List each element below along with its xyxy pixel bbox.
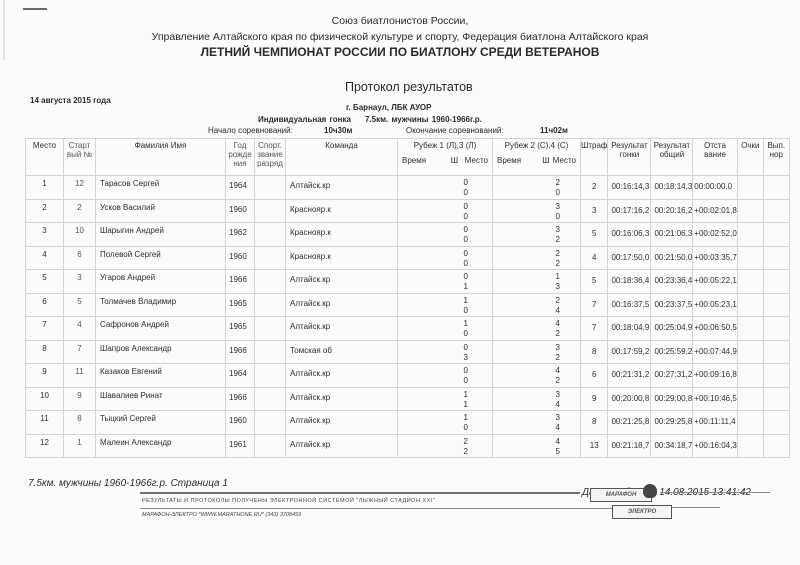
cell-place: 12 bbox=[26, 434, 64, 458]
cell-race-result: 00:21:31,2 bbox=[608, 364, 651, 388]
cell-points bbox=[737, 340, 763, 364]
event-location: г. Барнаул, ЛБК АУОР bbox=[346, 103, 432, 112]
cell-penalty: 7 bbox=[581, 293, 608, 317]
cell-name: Тыцкий Сергей bbox=[96, 411, 226, 435]
cell-birth-year: 1965 bbox=[226, 293, 255, 317]
cell-place: 10 bbox=[26, 387, 64, 411]
col-team: Команда bbox=[286, 139, 398, 176]
cell-fulfilled bbox=[763, 223, 789, 247]
event-title: ЛЕТНИЙ ЧЕМПИОНАТ РОССИИ ПО БИАТЛОНУ СРЕД… bbox=[0, 45, 800, 59]
cell-gap: +00:05:23,1 bbox=[693, 293, 737, 317]
cell-range2-shots: 32 bbox=[493, 340, 581, 364]
shot-count-2: 5 bbox=[493, 447, 560, 457]
cell-total-result: 00:23:36,4 bbox=[651, 270, 693, 294]
shot-count-1: 1 bbox=[398, 296, 468, 306]
cell-range2-shots: 13 bbox=[493, 270, 581, 294]
cell-gap: +00:16:04,3 bbox=[693, 434, 737, 458]
cell-name: Полевой Сергей bbox=[96, 246, 226, 270]
cell-fulfilled bbox=[763, 293, 789, 317]
col-name: Фамилия Имя bbox=[96, 139, 226, 176]
cell-name: Казаков Евгений bbox=[96, 364, 226, 388]
shot-count-1: 1 bbox=[398, 390, 468, 400]
shot-count-2: 2 bbox=[493, 235, 560, 245]
cell-bib: 6 bbox=[64, 246, 96, 270]
cell-team: Алтайск.кр bbox=[286, 364, 398, 388]
organizer-line: Союз биатлонистов России, bbox=[0, 15, 800, 27]
cell-gap: +00:02:01,8 bbox=[693, 199, 737, 223]
shot-count-2: 4 bbox=[493, 423, 560, 433]
cell-range2-shots: 42 bbox=[493, 317, 581, 341]
cell-gap: +00:05:22,1 bbox=[693, 270, 737, 294]
cell-place: 11 bbox=[26, 411, 64, 435]
page-info: 7.5км. мужчины 1960-1966г.р. Страница 1 bbox=[28, 478, 228, 489]
cell-race-result: 00:17:50,0 bbox=[608, 246, 651, 270]
shot-count-1: 2 bbox=[398, 437, 468, 447]
protocol-title: Протокол результатов bbox=[345, 80, 473, 94]
cell-rank bbox=[255, 434, 286, 458]
cell-place: 6 bbox=[26, 293, 64, 317]
cell-race-result: 00:17:16,2 bbox=[608, 199, 651, 223]
cell-total-result: 00:21:06,3 bbox=[651, 223, 693, 247]
cell-penalty: 7 bbox=[581, 317, 608, 341]
cell-team: Краснояр.к bbox=[286, 246, 398, 270]
cell-bib: 7 bbox=[64, 340, 96, 364]
cell-place: 4 bbox=[26, 246, 64, 270]
cell-range1-shots: 10 bbox=[398, 317, 493, 341]
cell-rank bbox=[255, 364, 286, 388]
cell-range2-shots: 32 bbox=[493, 223, 581, 247]
shot-count-2: 4 bbox=[493, 400, 560, 410]
shot-count-1: 3 bbox=[493, 413, 560, 423]
cell-fulfilled bbox=[763, 364, 789, 388]
col-fulfilled: Вып. нор bbox=[763, 139, 789, 176]
table-row: 4 6 Полевой Сергей 1960 Краснояр.к 00 22… bbox=[26, 246, 790, 270]
cell-range1-shots: 00 bbox=[398, 199, 493, 223]
end-time: 11ч02м bbox=[540, 126, 568, 135]
table-row: 8 7 Шапров Александр 1966 Томская об 03 … bbox=[26, 340, 790, 364]
cell-fulfilled bbox=[763, 387, 789, 411]
footer-rule-bottom bbox=[140, 508, 620, 509]
col-place: Место bbox=[26, 139, 64, 176]
shot-count-2: 2 bbox=[398, 447, 468, 457]
cell-total-result: 00:23:37,5 bbox=[651, 293, 693, 317]
shot-count-2: 1 bbox=[398, 400, 468, 410]
shot-count-1: 0 bbox=[398, 366, 468, 376]
cell-range2-shots: 24 bbox=[493, 293, 581, 317]
cell-fulfilled bbox=[763, 176, 789, 200]
shot-count-2: 0 bbox=[398, 329, 468, 339]
cell-penalty: 2 bbox=[581, 176, 608, 200]
shot-count-1: 2 bbox=[493, 178, 560, 188]
cell-range2-shots: 34 bbox=[493, 411, 581, 435]
table-row: 7 4 Сафронов Андрей 1965 Алтайск.кр 10 4… bbox=[26, 317, 790, 341]
range1-time-label: Время bbox=[402, 156, 426, 165]
cell-rank bbox=[255, 317, 286, 341]
cell-rank bbox=[255, 270, 286, 294]
cell-race-result: 00:17:59,2 bbox=[608, 340, 651, 364]
shot-count-2: 0 bbox=[398, 188, 468, 198]
cell-rank bbox=[255, 199, 286, 223]
shot-count-2: 3 bbox=[493, 282, 560, 292]
cell-total-result: 00:29:00,8 bbox=[651, 387, 693, 411]
shot-count-2: 2 bbox=[493, 353, 560, 363]
cell-name: Малеин Александр bbox=[96, 434, 226, 458]
cell-name: Шавалиев Ринат bbox=[96, 387, 226, 411]
range2-title: Рубеж 2 (С),4 (С) bbox=[493, 141, 580, 150]
shot-count-1: 0 bbox=[398, 249, 468, 259]
cell-team: Томская об bbox=[286, 340, 398, 364]
company-credit: МАРАФОН-ЭЛЕКТРО *WWW.MARATHONE.RU* (343)… bbox=[142, 512, 301, 518]
cell-points bbox=[737, 176, 763, 200]
cell-name: Тарасов Сергей bbox=[96, 176, 226, 200]
range1-title: Рубеж 1 (Л),3 (Л) bbox=[398, 141, 492, 150]
cell-rank bbox=[255, 340, 286, 364]
cell-gap: +00:11:11,4 bbox=[693, 411, 737, 435]
cell-birth-year: 1964 bbox=[226, 364, 255, 388]
cell-race-result: 00:18:04,9 bbox=[608, 317, 651, 341]
heart-icon bbox=[643, 484, 657, 498]
start-label: Начало соревнований: bbox=[208, 126, 293, 135]
cell-penalty: 8 bbox=[581, 411, 608, 435]
cell-race-result: 00:16:14,3 bbox=[608, 176, 651, 200]
shot-count-2: 2 bbox=[493, 376, 560, 386]
col-penalty: Штраф bbox=[581, 139, 608, 176]
cell-gap: +00:03:35,7 bbox=[693, 246, 737, 270]
shot-count-2: 0 bbox=[398, 306, 468, 316]
cell-fulfilled bbox=[763, 340, 789, 364]
cell-name: Толмачев Владимир bbox=[96, 293, 226, 317]
cell-place: 1 bbox=[26, 176, 64, 200]
table-row: 11 8 Тыцкий Сергей 1960 Алтайск.кр 10 34… bbox=[26, 411, 790, 435]
col-rank: Спорт. звание разряд bbox=[255, 139, 286, 176]
cell-team: Алтайск.кр bbox=[286, 317, 398, 341]
cell-points bbox=[737, 199, 763, 223]
cell-fulfilled bbox=[763, 317, 789, 341]
cell-name: Шапров Александр bbox=[96, 340, 226, 364]
shot-count-2: 3 bbox=[398, 353, 468, 363]
shot-count-2: 0 bbox=[398, 259, 468, 269]
cell-range2-shots: 20 bbox=[493, 176, 581, 200]
cell-bib: 1 bbox=[64, 434, 96, 458]
cell-bib: 3 bbox=[64, 270, 96, 294]
cell-range1-shots: 00 bbox=[398, 246, 493, 270]
start-time: 10ч30м bbox=[324, 126, 352, 135]
cell-range1-shots: 11 bbox=[398, 387, 493, 411]
shot-count-1: 4 bbox=[493, 319, 560, 329]
cell-points bbox=[737, 364, 763, 388]
cell-race-result: 00:16:06,3 bbox=[608, 223, 651, 247]
cell-rank bbox=[255, 246, 286, 270]
cell-penalty: 13 bbox=[581, 434, 608, 458]
footer-rule-right bbox=[660, 492, 770, 493]
cell-bib: 2 bbox=[64, 199, 96, 223]
range1-subheaders: Время Ш Место bbox=[398, 156, 492, 165]
cell-gap: +00:09:16,8 bbox=[693, 364, 737, 388]
scan-mark bbox=[23, 8, 47, 10]
col-points: Очки bbox=[737, 139, 763, 176]
cell-fulfilled bbox=[763, 434, 789, 458]
cell-total-result: 00:25:04,9 bbox=[651, 317, 693, 341]
cell-rank bbox=[255, 411, 286, 435]
race-type: Индивидуальная гонка bbox=[258, 115, 351, 124]
cell-points bbox=[737, 246, 763, 270]
cell-race-result: 00:21:18,7 bbox=[608, 434, 651, 458]
cell-rank bbox=[255, 387, 286, 411]
cell-place: 2 bbox=[26, 199, 64, 223]
cell-penalty: 9 bbox=[581, 387, 608, 411]
cell-total-result: 00:18:14,3 bbox=[651, 176, 693, 200]
race-category: 7.5км. мужчины 1960-1966г.р. bbox=[365, 115, 482, 124]
shot-count-1: 2 bbox=[493, 296, 560, 306]
table-row: 6 5 Толмачев Владимир 1965 Алтайск.кр 10… bbox=[26, 293, 790, 317]
range2-time-label: Время bbox=[497, 156, 521, 165]
shot-count-2: 0 bbox=[398, 423, 468, 433]
shot-count-1: 1 bbox=[398, 319, 468, 329]
results-body: 1 12 Тарасов Сергей 1964 Алтайск.кр 00 2… bbox=[26, 176, 790, 458]
cell-range1-shots: 01 bbox=[398, 270, 493, 294]
shot-count-1: 1 bbox=[493, 272, 560, 282]
cell-range1-shots: 00 bbox=[398, 364, 493, 388]
cell-fulfilled bbox=[763, 199, 789, 223]
cell-race-result: 00:16:37,5 bbox=[608, 293, 651, 317]
cell-bib: 4 bbox=[64, 317, 96, 341]
cell-birth-year: 1962 bbox=[226, 223, 255, 247]
range2-shots-label: Ш bbox=[542, 156, 549, 165]
shot-count-2: 2 bbox=[493, 329, 560, 339]
cell-gap: +00:02:52,0 bbox=[693, 223, 737, 247]
cell-birth-year: 1960 bbox=[226, 246, 255, 270]
col-range2: Рубеж 2 (С),4 (С) Время Ш Место bbox=[493, 139, 581, 176]
shot-count-2: 0 bbox=[493, 212, 560, 222]
shot-count-1: 0 bbox=[398, 178, 468, 188]
cell-range1-shots: 10 bbox=[398, 411, 493, 435]
cell-total-result: 00:27:31,2 bbox=[651, 364, 693, 388]
cell-team: Алтайск.кр bbox=[286, 411, 398, 435]
cell-place: 9 bbox=[26, 364, 64, 388]
cell-points bbox=[737, 223, 763, 247]
col-range1: Рубеж 1 (Л),3 (Л) Время Ш Место bbox=[398, 139, 493, 176]
cell-bib: 12 bbox=[64, 176, 96, 200]
shot-count-1: 4 bbox=[493, 366, 560, 376]
table-row: 10 9 Шавалиев Ринат 1966 Алтайск.кр 11 3… bbox=[26, 387, 790, 411]
cell-team: Алтайск.кр bbox=[286, 270, 398, 294]
cell-birth-year: 1961 bbox=[226, 434, 255, 458]
cell-range2-shots: 34 bbox=[493, 387, 581, 411]
cell-points bbox=[737, 317, 763, 341]
cell-birth-year: 1966 bbox=[226, 340, 255, 364]
col-race-result: Результат гонки bbox=[608, 139, 651, 176]
range2-subheaders: Время Ш Место bbox=[493, 156, 580, 165]
cell-range1-shots: 22 bbox=[398, 434, 493, 458]
range1-shots-label: Ш bbox=[451, 156, 458, 165]
table-row: 1 12 Тарасов Сергей 1964 Алтайск.кр 00 2… bbox=[26, 176, 790, 200]
cell-team: Алтайск.кр bbox=[286, 293, 398, 317]
cell-gap: +00:07:44,9 bbox=[693, 340, 737, 364]
cell-name: Угаров Андрей bbox=[96, 270, 226, 294]
shot-count-1: 0 bbox=[398, 202, 468, 212]
shot-count-1: 3 bbox=[493, 343, 560, 353]
cell-fulfilled bbox=[763, 270, 789, 294]
cell-fulfilled bbox=[763, 411, 789, 435]
col-birth-year: Год рожде ния bbox=[226, 139, 255, 176]
cell-place: 5 bbox=[26, 270, 64, 294]
cell-total-result: 00:29:25,8 bbox=[651, 411, 693, 435]
table-row: 5 3 Угаров Андрей 1966 Алтайск.кр 01 13 … bbox=[26, 270, 790, 294]
cell-range1-shots: 10 bbox=[398, 293, 493, 317]
system-credit: РЕЗУЛЬТАТЫ И ПРОТОКОЛЫ ПОЛУЧЕНЫ ЭЛЕКТРОН… bbox=[142, 498, 435, 504]
shot-count-1: 2 bbox=[493, 249, 560, 259]
cell-range2-shots: 42 bbox=[493, 364, 581, 388]
cell-bib: 8 bbox=[64, 411, 96, 435]
cell-race-result: 00:18:36,4 bbox=[608, 270, 651, 294]
range1-place-label: Место bbox=[465, 156, 488, 165]
shot-count-1: 0 bbox=[398, 225, 468, 235]
cell-team: Алтайск.кр bbox=[286, 176, 398, 200]
cell-gap: +00:06:50,5 bbox=[693, 317, 737, 341]
cell-total-result: 00:20:16,2 bbox=[651, 199, 693, 223]
shot-count-2: 1 bbox=[398, 282, 468, 292]
cell-name: Шарыгин Андрей bbox=[96, 223, 226, 247]
col-bib: Старт вый № bbox=[64, 139, 96, 176]
cell-place: 7 bbox=[26, 317, 64, 341]
cell-place: 8 bbox=[26, 340, 64, 364]
table-row: 2 2 Усков Василий 1960 Краснояр.к 00 30 … bbox=[26, 199, 790, 223]
cell-team: Краснояр.к bbox=[286, 223, 398, 247]
table-row: 12 1 Малеин Александр 1961 Алтайск.кр 22… bbox=[26, 434, 790, 458]
shot-count-2: 2 bbox=[493, 259, 560, 269]
shot-count-1: 4 bbox=[493, 437, 560, 447]
cell-penalty: 6 bbox=[581, 364, 608, 388]
col-total-result: Результат общий bbox=[651, 139, 693, 176]
shot-count-1: 3 bbox=[493, 390, 560, 400]
shot-count-2: 0 bbox=[493, 188, 560, 198]
shot-count-1: 1 bbox=[398, 413, 468, 423]
cell-points bbox=[737, 293, 763, 317]
cell-range2-shots: 45 bbox=[493, 434, 581, 458]
cell-penalty: 5 bbox=[581, 270, 608, 294]
shot-count-1: 3 bbox=[493, 202, 560, 212]
cell-name: Сафронов Андрей bbox=[96, 317, 226, 341]
cell-range2-shots: 30 bbox=[493, 199, 581, 223]
cell-race-result: 00:21:25,8 bbox=[608, 411, 651, 435]
cell-points bbox=[737, 270, 763, 294]
cell-gap: +00:10:46,5 bbox=[693, 387, 737, 411]
cell-race-result: 00:20:00,8 bbox=[608, 387, 651, 411]
shot-count-2: 0 bbox=[398, 376, 468, 386]
cell-team: Алтайск.кр bbox=[286, 387, 398, 411]
cell-range2-shots: 22 bbox=[493, 246, 581, 270]
cell-rank bbox=[255, 223, 286, 247]
cell-penalty: 5 bbox=[581, 223, 608, 247]
cell-birth-year: 1965 bbox=[226, 317, 255, 341]
cell-bib: 5 bbox=[64, 293, 96, 317]
cell-rank bbox=[255, 293, 286, 317]
cell-team: Алтайск.кр bbox=[286, 434, 398, 458]
cell-penalty: 4 bbox=[581, 246, 608, 270]
cell-range1-shots: 00 bbox=[398, 176, 493, 200]
cell-place: 3 bbox=[26, 223, 64, 247]
cell-birth-year: 1960 bbox=[226, 411, 255, 435]
cell-bib: 9 bbox=[64, 387, 96, 411]
col-gap: Отста вание bbox=[693, 139, 737, 176]
cell-bib: 10 bbox=[64, 223, 96, 247]
organizers-line: Управление Алтайского края по физической… bbox=[0, 31, 800, 43]
electro-logo: ЭЛЕКТРО bbox=[612, 505, 672, 519]
event-date: 14 августа 2015 года bbox=[30, 96, 111, 105]
cell-points bbox=[737, 387, 763, 411]
results-table: Место Старт вый № Фамилия Имя Год рожде … bbox=[25, 138, 790, 458]
cell-fulfilled bbox=[763, 246, 789, 270]
table-row: 3 10 Шарыгин Андрей 1962 Краснояр.к 00 3… bbox=[26, 223, 790, 247]
cell-birth-year: 1966 bbox=[226, 387, 255, 411]
cell-penalty: 8 bbox=[581, 340, 608, 364]
cell-penalty: 3 bbox=[581, 199, 608, 223]
cell-rank bbox=[255, 176, 286, 200]
table-header-row: Место Старт вый № Фамилия Имя Год рожде … bbox=[26, 139, 790, 176]
cell-range1-shots: 03 bbox=[398, 340, 493, 364]
cell-gap: 00:00:00,0 bbox=[693, 176, 737, 200]
cell-birth-year: 1960 bbox=[226, 199, 255, 223]
cell-range1-shots: 00 bbox=[398, 223, 493, 247]
end-label: Окончание соревнований: bbox=[406, 126, 504, 135]
race-info: Индивидуальная гонка7.5км. мужчины 1960-… bbox=[258, 115, 482, 124]
range2-place-label: Место bbox=[553, 156, 576, 165]
cell-name: Усков Василий bbox=[96, 199, 226, 223]
cell-total-result: 00:34:18,7 bbox=[651, 434, 693, 458]
cell-team: Краснояр.к bbox=[286, 199, 398, 223]
shot-count-1: 3 bbox=[493, 225, 560, 235]
cell-points bbox=[737, 411, 763, 435]
cell-total-result: 00:25:59,2 bbox=[651, 340, 693, 364]
shot-count-2: 0 bbox=[398, 235, 468, 245]
cell-points bbox=[737, 434, 763, 458]
shot-count-2: 0 bbox=[398, 212, 468, 222]
shot-count-2: 4 bbox=[493, 306, 560, 316]
footer-rule-top bbox=[140, 492, 580, 494]
table-row: 9 11 Казаков Евгений 1964 Алтайск.кр 00 … bbox=[26, 364, 790, 388]
shot-count-1: 0 bbox=[398, 272, 468, 282]
cell-total-result: 00:21:50,0 bbox=[651, 246, 693, 270]
cell-birth-year: 1964 bbox=[226, 176, 255, 200]
cell-birth-year: 1966 bbox=[226, 270, 255, 294]
shot-count-1: 0 bbox=[398, 343, 468, 353]
cell-bib: 11 bbox=[64, 364, 96, 388]
